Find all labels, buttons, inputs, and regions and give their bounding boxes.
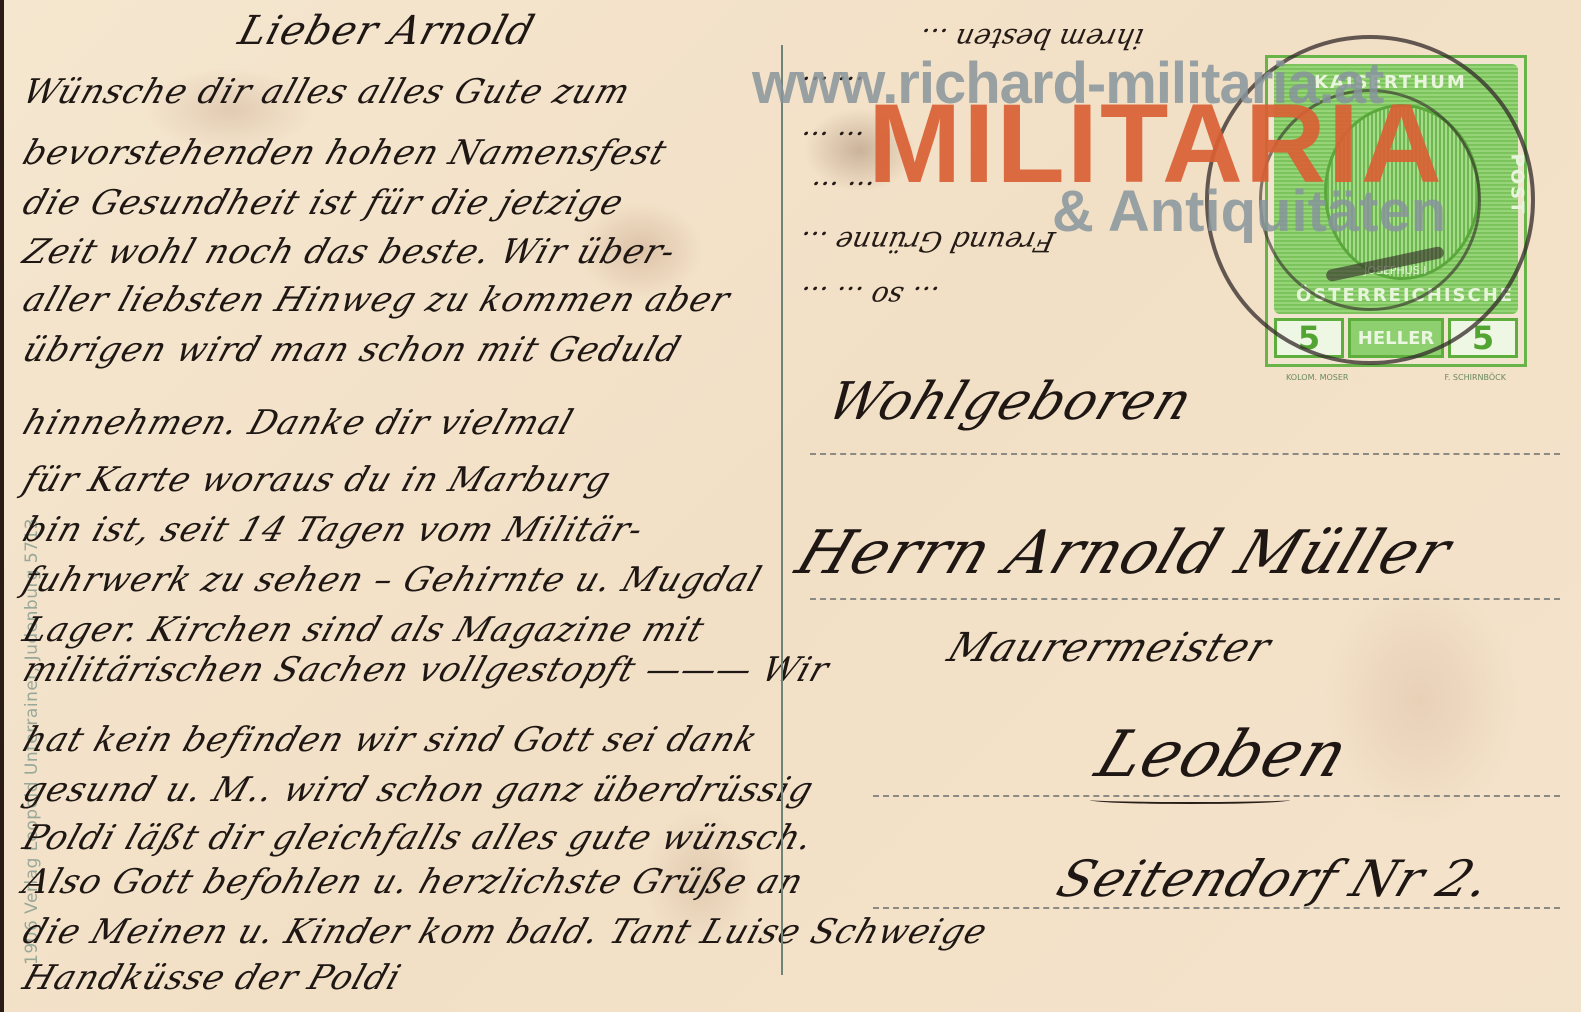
- stamp-credit-left: KOLOM. MOSER: [1286, 373, 1348, 382]
- message-line: Poldi läßt dir gleichfalls alles gute wü…: [18, 818, 818, 858]
- upside-down-line: Freund Grünne ...: [796, 225, 1057, 258]
- message-line: Lager. Kirchen sind als Magazine mit: [18, 610, 710, 650]
- stamp-credit-right: F. SCHIRNBÖCK: [1445, 373, 1506, 382]
- message-line: gesund u. M.. wird schon ganz überdrüssi…: [18, 770, 819, 810]
- message-line: Handküsse der Poldi: [18, 958, 406, 998]
- message-line: bevorstehenden hohen Namensfest: [18, 133, 672, 173]
- upside-down-line: ... so ... ...: [796, 280, 941, 313]
- address-city: Leoben: [1087, 718, 1359, 792]
- message-line: militärischen Sachen vollgestopft ——— Wi…: [18, 650, 834, 690]
- upside-down-line: ... ...: [796, 125, 865, 158]
- address-dotted-line: [810, 598, 1560, 600]
- city-underline: [1090, 796, 1290, 804]
- upside-down-line: ... ...: [806, 175, 875, 208]
- center-divider: [781, 45, 783, 975]
- address-street: Seitendorf Nr 2.: [1049, 850, 1500, 908]
- message-line: die Gesundheit ist für die jetzige: [18, 183, 629, 223]
- message-line: aller liebsten Hinweg zu kommen aber: [18, 280, 735, 320]
- postcard: 1906 Verlag Leopold Unterrainer, Judenbu…: [0, 0, 1581, 1012]
- salutation: Lieber Arnold: [233, 8, 540, 54]
- address-occupation: Maurermeister: [942, 625, 1278, 671]
- message-line: Zeit wohl noch das beste. Wir über-: [18, 232, 681, 272]
- card-edge: [0, 0, 4, 1012]
- message-line: hat kein befinden wir sind Gott sei dank: [18, 720, 763, 760]
- message-line: hinnehmen. Danke dir vielmal: [18, 403, 579, 443]
- address-name: Herrn Arnold Müller: [787, 518, 1460, 588]
- watermark-sub: & Antiquitäten: [1052, 178, 1446, 245]
- message-line: die Meinen u. Kinder kom bald. Tant Luis…: [18, 912, 993, 952]
- message-line: Wünsche dir alles alles Gute zum: [18, 72, 636, 112]
- message-line: übrigen wird man schon mit Geduld: [18, 330, 686, 370]
- address-honorific: Wohlgeboren: [819, 372, 1201, 432]
- message-line: Also Gott befohlen u. herzlichste Grüße …: [18, 862, 809, 902]
- message-line: fuhrwerk zu sehen – Gehirnte u. Mugdal: [18, 560, 767, 600]
- message-line: bin ist, seit 14 Tagen vom Militär-: [18, 510, 649, 550]
- address-dotted-line: [810, 453, 1560, 455]
- message-line: für Karte woraus du in Marburg: [18, 460, 616, 500]
